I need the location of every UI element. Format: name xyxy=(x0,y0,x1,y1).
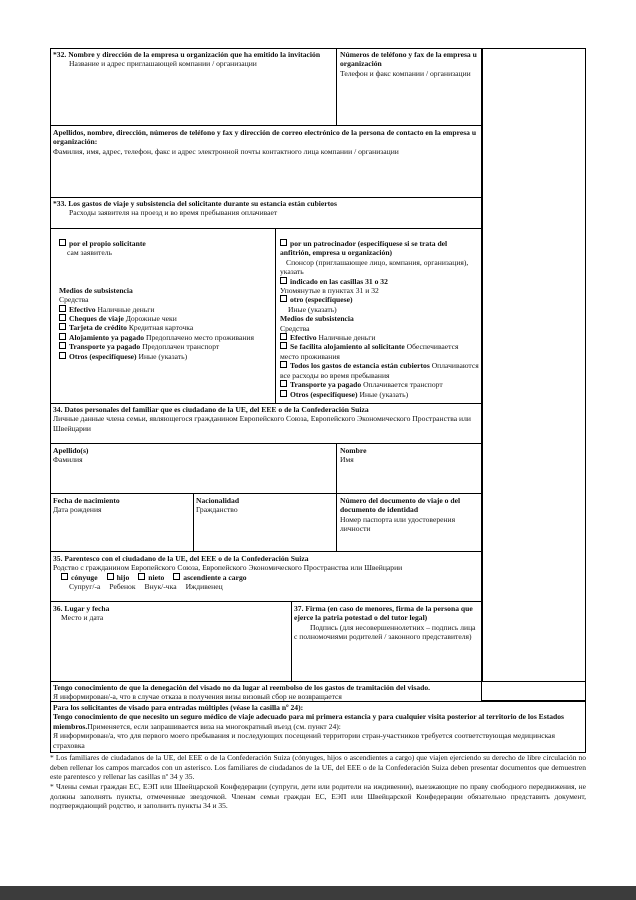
refund-notice-content: Tengo conocimiento de que la denegación … xyxy=(51,682,585,703)
checkbox-icon[interactable] xyxy=(59,342,66,349)
section-33-heading: *33. Los gastos de viaje y subsistencia … xyxy=(51,198,481,219)
checkbox-icon[interactable] xyxy=(59,352,66,359)
company-phone-field[interactable]: Números de teléfono y fax de la empresa … xyxy=(338,49,481,79)
section-37-title: 37. Firma (en caso de menores, firma de … xyxy=(294,604,479,623)
option-other-label: otro (especifíquese) xyxy=(290,295,353,304)
contact-ru: Фамилия, имя, адрес, телефон, факс и адр… xyxy=(53,147,479,156)
option-sponsor-ru: Спонсор (приглашающее лицо, компания, ор… xyxy=(280,258,479,277)
option-sponsor-label: por un patrocinador (especifíquese si se… xyxy=(280,239,447,257)
birth-ru: Дата рождения xyxy=(53,505,190,514)
kinship-label-ru: Иждивенец xyxy=(186,582,223,591)
option-label-ru: Предоплачен транспорт xyxy=(142,342,219,351)
option-sponsor[interactable]: por un patrocinador (especifíquese si se… xyxy=(280,239,479,258)
section-37-ru: Подпись (для несовершеннолетних – подпис… xyxy=(294,623,479,642)
document-ru: Номер паспорта или удостоверения личност… xyxy=(340,515,479,534)
kinship-option[interactable]: nieto xyxy=(138,573,164,582)
checkbox-icon[interactable] xyxy=(59,305,66,312)
checkbox-icon[interactable] xyxy=(280,333,287,340)
option-label: Se facilita alojamiento al solicitante xyxy=(290,342,407,351)
option-label-ru: Наличные деньги xyxy=(318,333,375,342)
sponsor-means-option[interactable]: Todos los gastos de estancia están cubie… xyxy=(280,361,479,380)
option-label-ru: Предоплачено место проживания xyxy=(146,333,254,342)
document-label: Número del documento de viaje o del docu… xyxy=(340,496,479,515)
checkbox-icon[interactable] xyxy=(280,342,287,349)
sponsor-means-option[interactable]: Otros (especifíquese) Иные (указать) xyxy=(280,390,479,399)
kinship-options-ru: Супруг/-аРебенокВнук/-чкаИждивенец xyxy=(53,582,479,591)
surname-label: Apellido(s) xyxy=(53,446,333,455)
option-label: Efectivo xyxy=(69,305,97,314)
kinship-label-ru: Внук/-чка xyxy=(145,582,177,591)
sponsor-means-option[interactable]: Se facilita alojamiento al solicitante О… xyxy=(280,342,479,361)
option-label: Tarjeta de crédito xyxy=(69,323,129,332)
kinship-option[interactable]: ascendiente a cargo xyxy=(173,573,246,582)
option-label-ru: Кредитная карточка xyxy=(129,323,193,332)
official-use-column xyxy=(481,48,586,701)
checkbox-icon[interactable] xyxy=(280,361,287,368)
option-label: Transporte ya pagado xyxy=(69,342,142,351)
checkbox-icon[interactable] xyxy=(61,573,68,580)
option-indicated-label: indicado en las casillas 31 o 32 xyxy=(290,277,388,286)
self-means-option[interactable]: Cheques de viaje Дорожные чеки xyxy=(59,314,270,323)
section-33-right: por un patrocinador (especifíquese si se… xyxy=(278,238,481,400)
self-means-option[interactable]: Transporte ya pagado Предоплачен транспо… xyxy=(59,342,270,351)
nationality-label: Nacionalidad xyxy=(196,496,333,505)
section-35-content: 35. Parentesco con el ciudadano de la UE… xyxy=(51,553,481,593)
option-label: Alojamiento ya pagado xyxy=(69,333,146,342)
section-32-ru: Название и адрес приглашающей компании /… xyxy=(53,59,334,68)
divider xyxy=(275,228,276,404)
means-ru-left: Средства xyxy=(59,295,270,304)
name-ru: Имя xyxy=(340,455,479,464)
birth-label: Fecha de nacimiento xyxy=(53,496,190,505)
footnote-es: * Los familiares de ciudadanos de la UE,… xyxy=(50,753,586,782)
checkbox-icon[interactable] xyxy=(280,277,287,284)
option-other[interactable]: otro (especifíquese) xyxy=(280,295,479,304)
checkbox-icon[interactable] xyxy=(59,314,66,321)
document-number-field[interactable]: Número del documento de viaje o del docu… xyxy=(338,495,481,535)
checkbox-icon[interactable] xyxy=(280,380,287,387)
option-indicated[interactable]: indicado en las casillas 31 o 32 xyxy=(280,277,479,286)
checkbox-icon[interactable] xyxy=(173,573,180,580)
checkbox-icon[interactable] xyxy=(280,390,287,397)
option-label: Otros (especifíquese) xyxy=(290,390,359,399)
option-label-ru: Наличные деньги xyxy=(97,305,154,314)
kinship-label-ru: Ребенок xyxy=(109,582,135,591)
option-label: Cheques de viaje xyxy=(69,314,126,323)
nationality-field[interactable]: Nacionalidad Гражданство xyxy=(194,495,335,516)
option-label: Transporte ya pagado xyxy=(290,380,363,389)
self-means-option[interactable]: Otros (especifíquese) Иные (указать) xyxy=(59,352,270,361)
surname-field[interactable]: Apellido(s) Фамилия xyxy=(51,445,335,466)
option-label: Otros (especifíquese) xyxy=(69,352,138,361)
section-36-ru: Место и дата xyxy=(53,613,288,622)
sponsor-means-option[interactable]: Transporte ya pagado Оплачивается трансп… xyxy=(280,380,479,389)
place-date-field[interactable]: 36. Lugar y fecha Место и дата xyxy=(51,603,290,624)
kinship-options: cónyugehijonietoascendiente a cargo xyxy=(53,573,479,582)
means-title-left: Medios de subsistencia xyxy=(59,286,270,295)
multiple-ru-inline: Применяется, если запрашивается виза на … xyxy=(87,722,341,731)
section-33-left: por el propio solicitante сам заявитель … xyxy=(57,238,272,362)
signature-field[interactable]: 37. Firma (en caso de menores, firma de … xyxy=(292,603,481,643)
sponsor-means-option[interactable]: Efectivo Наличные деньги xyxy=(280,333,479,342)
option-self-ru: сам заявитель xyxy=(59,248,270,257)
contact-title: Apellidos, nombre, dirección, números de… xyxy=(53,128,479,147)
section-35-ru: Родство с гражданином Европейского Союза… xyxy=(53,563,479,572)
option-indicated-ru: Упомянутые в пунктах 31 и 32 xyxy=(280,286,479,295)
section-33-ru: Расходы заявителя на проезд и во время п… xyxy=(53,208,479,217)
contact-person-field[interactable]: Apellidos, nombre, dirección, números de… xyxy=(51,127,481,157)
checkbox-icon[interactable] xyxy=(59,239,66,246)
option-label-ru: Оплачивается транспорт xyxy=(363,380,443,389)
section-35-title: 35. Parentesco con el ciudadano de la UE… xyxy=(53,554,479,563)
footnote-ru: * Члены семьи граждан ЕС, ЕЭП или Швейца… xyxy=(50,782,586,811)
kinship-label: ascendiente a cargo xyxy=(183,573,246,582)
self-means-option[interactable]: Tarjeta de crédito Кредитная карточка xyxy=(59,323,270,332)
checkbox-icon[interactable] xyxy=(107,573,114,580)
section-33-title: *33. Los gastos de viaje y subsistencia … xyxy=(53,199,479,208)
multiple-title: Para los solicitantes de visado para ent… xyxy=(53,703,583,712)
option-label: Todos los gastos de estancia están cubie… xyxy=(290,361,432,370)
option-self-label: por el propio solicitante xyxy=(69,239,146,248)
kinship-label: hijo xyxy=(117,573,130,582)
name-label: Nombre xyxy=(340,446,479,455)
multiple-ru: Я информирован/а, что для первого моего … xyxy=(53,731,583,750)
viewer-bottom-bar xyxy=(0,886,636,900)
means-ru-right: Средства xyxy=(280,324,479,333)
option-other-ru: Иные (указать) xyxy=(280,305,479,314)
nationality-ru: Гражданство xyxy=(196,505,333,514)
checkbox-icon[interactable] xyxy=(138,573,145,580)
section-34-title: 34. Datos personales del familiar que es… xyxy=(53,405,479,414)
option-self[interactable]: por el propio solicitante xyxy=(59,239,270,248)
kinship-label-ru: Супруг/-а xyxy=(69,582,100,591)
kinship-option[interactable]: hijo xyxy=(107,573,130,582)
means-title-right: Medios de subsistencia xyxy=(280,314,479,323)
section-34-ru: Личные данные члена семьи, являющегося г… xyxy=(53,414,479,433)
checkbox-icon[interactable] xyxy=(280,239,287,246)
checkbox-icon[interactable] xyxy=(59,333,66,340)
self-means-option[interactable]: Efectivo Наличные деньги xyxy=(59,305,270,314)
right-means-options: Efectivo Наличные деньгиSe facilita aloj… xyxy=(280,333,479,399)
name-field[interactable]: Nombre Имя xyxy=(338,445,481,466)
kinship-label: cónyuge xyxy=(71,573,98,582)
option-label-ru: Дорожные чеки xyxy=(126,314,177,323)
section-34-heading: 34. Datos personales del familiar que es… xyxy=(51,404,481,434)
refund-notice-es: Tengo conocimiento de que la denegación … xyxy=(53,683,583,692)
option-label: Efectivo xyxy=(290,333,318,342)
section-32-title: *32. Nombre y dirección de la empresa u … xyxy=(53,50,334,59)
left-means-options: Efectivo Наличные деньгиCheques de viaje… xyxy=(59,305,270,361)
checkbox-icon[interactable] xyxy=(59,323,66,330)
kinship-option[interactable]: cónyuge xyxy=(61,573,98,582)
phone-ru: Телефон и факс компании / организации xyxy=(340,69,479,78)
checkbox-icon[interactable] xyxy=(280,295,287,302)
self-means-option[interactable]: Alojamiento ya pagado Предоплачено место… xyxy=(59,333,270,342)
section-36-title: 36. Lugar y fecha xyxy=(53,604,288,613)
phone-title: Números de teléfono y fax de la empresa … xyxy=(340,50,479,69)
company-name-field[interactable]: *32. Nombre y dirección de la empresa u … xyxy=(51,49,336,70)
option-label-ru: Иные (указать) xyxy=(359,390,408,399)
multiple-entry-content: Para los solicitantes de visado para ent… xyxy=(51,702,585,751)
kinship-label: nieto xyxy=(148,573,164,582)
surname-ru: Фамилия xyxy=(53,455,333,464)
birth-date-field[interactable]: Fecha de nacimiento Дата рождения xyxy=(51,495,192,516)
option-label-ru: Иные (указать) xyxy=(138,352,187,361)
